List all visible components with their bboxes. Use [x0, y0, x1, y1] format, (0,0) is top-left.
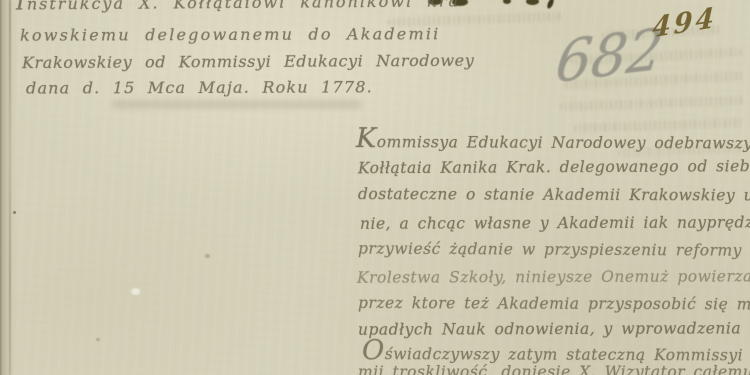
- ink-speck: [96, 338, 100, 341]
- page-edge-crease: [9, 0, 11, 375]
- body-line-7: przez ktore też Akademia przysposobić si…: [358, 294, 750, 314]
- body-line-6: Krolestwa Szkoły, ninieysze Onemuż powie…: [357, 267, 750, 287]
- manuscript-page: Instrukcya X. Kołłątaiowi kanonikowi kra…: [0, 0, 750, 375]
- body-line-10: mii troskliwość, doniesie X. Wizytator c…: [358, 363, 750, 375]
- body-line-1: Kommissya Edukacyi Narodowey odebrawszy …: [356, 129, 750, 153]
- heading-line-2: kowskiemu delegowanemu do Akademii: [20, 24, 441, 44]
- body-line-9: Oświadczywszy zatym stateczną Kommissyi …: [362, 341, 750, 365]
- body-line-2: Kołłątaia Kanika Krak. delegowanego od s…: [358, 157, 750, 178]
- page-number-pencil: 682: [552, 17, 666, 97]
- ink-smudge: [112, 100, 362, 109]
- body-line-8: upadłych Nauk odnowienia, y wprowadzenia…: [358, 319, 750, 339]
- body-line-4: nie, a chcąc własne y Akademii iak naypr…: [360, 213, 750, 233]
- ink-speck: [205, 254, 210, 258]
- heading-line-3: Krakowskiey od Kommissyi Edukacyi Narodo…: [22, 51, 474, 72]
- body-line-5: przywieść żądanie w przyspieszeniu refor…: [358, 240, 750, 261]
- heading-line-4: dana d. 15 Mca Maja. Roku 1778.: [26, 77, 373, 97]
- ink-speck: [13, 211, 16, 214]
- paper-flaw-spot: [131, 288, 140, 295]
- body-line-3: dostateczne o stanie Akademii Krakowskie…: [358, 185, 750, 205]
